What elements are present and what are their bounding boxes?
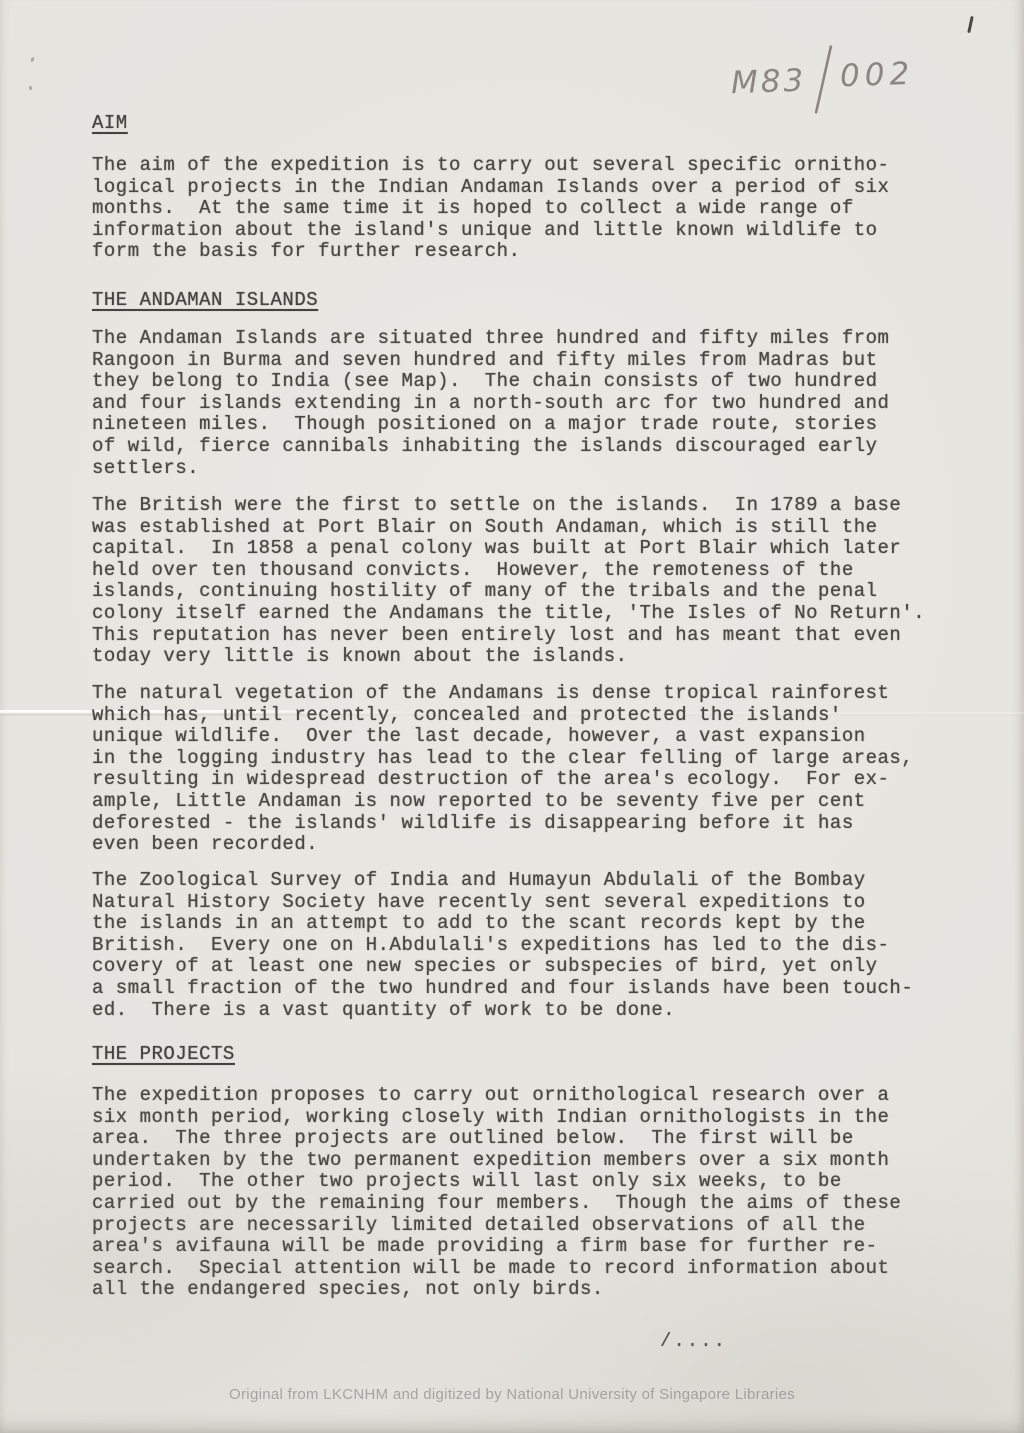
handwritten-ref-left: M83: [730, 63, 806, 102]
scanned-document-page: M83 002 AIM The aim of the expedition is…: [0, 0, 1024, 1433]
paragraph-islands-surveys: The Zoological Survey of India and Humay…: [92, 870, 972, 1021]
section-heading-andaman-islands: THE ANDAMAN ISLANDS: [92, 289, 318, 311]
paragraph-islands-geography: The Andaman Islands are situated three h…: [92, 328, 972, 479]
digitization-footer: Original from LKCNHM and digitized by Na…: [0, 1386, 1024, 1403]
paper-speck: [30, 57, 35, 63]
paragraph-islands-vegetation: The natural vegetation of the Andamans i…: [92, 683, 972, 856]
handwritten-ref-right: 002: [839, 56, 914, 95]
paragraph-islands-history: The British were the first to settle on …: [92, 495, 972, 668]
section-heading-projects: THE PROJECTS: [92, 1043, 235, 1065]
handwritten-reference: M83 002: [730, 41, 916, 119]
paragraph-aim: The aim of the expedition is to carry ou…: [92, 155, 972, 263]
section-heading-aim: AIM: [92, 112, 128, 134]
corner-pen-tick: [967, 16, 973, 33]
paper-speck: [29, 86, 33, 90]
paragraph-projects: The expedition proposes to carry out orn…: [92, 1085, 972, 1301]
continuation-mark: /....: [660, 1330, 727, 1352]
handwritten-slash-stroke: [807, 43, 839, 116]
